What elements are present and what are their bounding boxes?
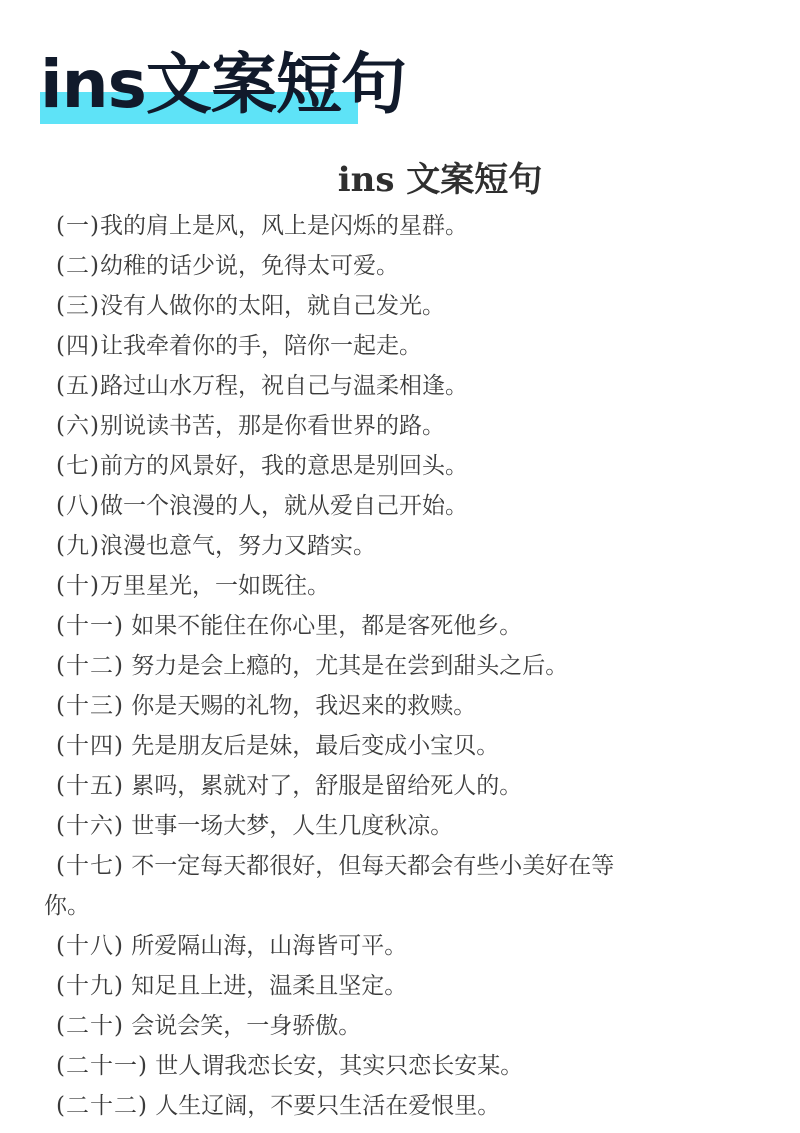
quote-number: (八) xyxy=(56,493,100,519)
quote-text: 我的肩上是风，风上是闪烁的星群。 xyxy=(100,213,468,239)
quote-item: (二十一) 世人谓我恋长安，其实只恋长安某。 xyxy=(56,1046,776,1086)
quote-item: (十)万里星光，一如既往。 xyxy=(56,566,776,606)
quote-number: (十五) xyxy=(56,773,124,799)
quote-item: (九)浪漫也意气，努力又踏实。 xyxy=(56,526,776,566)
quote-text: 别说读书苦，那是你看世界的路。 xyxy=(100,413,445,439)
quote-item: (十八) 所爱隔山海，山海皆可平。 xyxy=(56,926,776,966)
quote-number: (十) xyxy=(56,573,100,599)
quote-item: (七)前方的风景好，我的意思是别回头。 xyxy=(56,446,776,486)
quote-text: 知足且上进，温柔且坚定。 xyxy=(131,973,407,999)
quote-number: (十六) xyxy=(56,813,124,839)
quote-item: (十六) 世事一场大梦，人生几度秋凉。 xyxy=(56,806,776,846)
quote-text: 努力是会上瘾的，尤其是在尝到甜头之后。 xyxy=(131,653,568,679)
quote-text: 世事一场大梦，人生几度秋凉。 xyxy=(131,813,453,839)
quote-text: 让我牵着你的手，陪你一起走。 xyxy=(100,333,422,359)
quote-item: (十二) 努力是会上瘾的，尤其是在尝到甜头之后。 xyxy=(56,646,776,686)
page-title: ins文案短句 xyxy=(40,44,406,126)
quote-item: (四)让我牵着你的手，陪你一起走。 xyxy=(56,326,776,366)
quote-item: (六)别说读书苦，那是你看世界的路。 xyxy=(56,406,776,446)
quote-text: 所爱隔山海，山海皆可平。 xyxy=(131,933,407,959)
quote-text: 如果不能住在你心里，都是客死他乡。 xyxy=(131,613,522,639)
quote-number: (一) xyxy=(56,213,100,239)
quote-text: 万里星光，一如既往。 xyxy=(100,573,330,599)
document-subtitle: ins 文案短句 xyxy=(0,156,800,204)
quote-number: (五) xyxy=(56,373,100,399)
quote-number: (七) xyxy=(56,453,100,479)
quote-text: 不一定每天都很好，但每天都会有些小美好在等 xyxy=(131,853,614,879)
quote-text: 浪漫也意气，努力又踏实。 xyxy=(100,533,376,559)
quote-item: (十七) 不一定每天都很好，但每天都会有些小美好在等你。 xyxy=(56,846,776,926)
quote-number: (十二) xyxy=(56,653,124,679)
quote-number: (十一) xyxy=(56,613,124,639)
quote-item: (二)幼稚的话少说，免得太可爱。 xyxy=(56,246,776,286)
quote-text: 没有人做你的太阳，就自己发光。 xyxy=(100,293,445,319)
quote-text: 先是朋友后是妹，最后变成小宝贝。 xyxy=(131,733,499,759)
quote-text: 会说会笑，一身骄傲。 xyxy=(131,1013,361,1039)
quote-item: (十四) 先是朋友后是妹，最后变成小宝贝。 xyxy=(56,726,776,766)
quote-number: (二) xyxy=(56,253,100,279)
quote-number: (九) xyxy=(56,533,100,559)
quote-text: 累吗，累就对了，舒服是留给死人的。 xyxy=(131,773,522,799)
quote-number: (六) xyxy=(56,413,100,439)
quote-item: (一)我的肩上是风，风上是闪烁的星群。 xyxy=(56,206,776,246)
quote-number: (四) xyxy=(56,333,100,359)
quote-number: (二十一) xyxy=(56,1053,148,1079)
quote-number: (十三) xyxy=(56,693,124,719)
quote-item: (十一) 如果不能住在你心里，都是客死他乡。 xyxy=(56,606,776,646)
quote-text: 路过山水万程，祝自己与温柔相逢。 xyxy=(100,373,468,399)
quote-number: (二十) xyxy=(56,1013,124,1039)
quote-list: (一)我的肩上是风，风上是闪烁的星群。 (二)幼稚的话少说，免得太可爱。 (三)… xyxy=(56,206,776,1126)
quote-text: 世人谓我恋长安，其实只恋长安某。 xyxy=(155,1053,523,1079)
quote-number: (十四) xyxy=(56,733,124,759)
quote-number: (二十二) xyxy=(56,1093,148,1119)
quote-text: 幼稚的话少说，免得太可爱。 xyxy=(100,253,399,279)
quote-number: (十七) xyxy=(56,853,124,879)
quote-text: 人生辽阔，不要只生活在爱恨里。 xyxy=(155,1093,500,1119)
quote-text-continuation: 你。 xyxy=(44,886,776,926)
quote-number: (三) xyxy=(56,293,100,319)
quote-text: 前方的风景好，我的意思是别回头。 xyxy=(100,453,468,479)
quote-item: (五)路过山水万程，祝自己与温柔相逢。 xyxy=(56,366,776,406)
quote-number: (十九) xyxy=(56,973,124,999)
quote-text: 你是天赐的礼物，我迟来的救赎。 xyxy=(131,693,476,719)
quote-number: (十八) xyxy=(56,933,124,959)
quote-text: 做一个浪漫的人，就从爱自己开始。 xyxy=(100,493,468,519)
quote-item: (十九) 知足且上进，温柔且坚定。 xyxy=(56,966,776,1006)
header: ins文案短句 xyxy=(40,44,406,126)
quote-item: (八)做一个浪漫的人，就从爱自己开始。 xyxy=(56,486,776,526)
quote-item: (十五) 累吗，累就对了，舒服是留给死人的。 xyxy=(56,766,776,806)
quote-item: (三)没有人做你的太阳，就自己发光。 xyxy=(56,286,776,326)
quote-item: (二十二) 人生辽阔，不要只生活在爱恨里。 xyxy=(56,1086,776,1126)
quote-item: (十三) 你是天赐的礼物，我迟来的救赎。 xyxy=(56,686,776,726)
quote-item: (二十) 会说会笑，一身骄傲。 xyxy=(56,1006,776,1046)
